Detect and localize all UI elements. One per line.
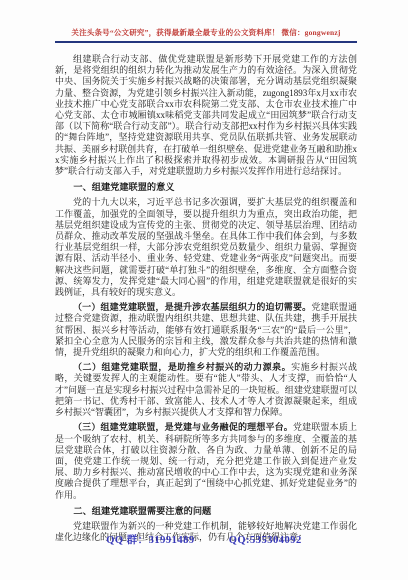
qq-contact-footer: QQ 群：31991489QQ:535304092 [0, 532, 408, 547]
section-heading-2: 二、组建党建联盟需要注意的问题 [55, 506, 357, 517]
intro-paragraph: 组建联合行动支部、做优党建联盟是新形势下开展党建工作的方法创新，是将党组织的组织… [55, 54, 357, 177]
point3-paragraph: （三）组建党建联盟，是党建与业务融促的理想平台。党建联盟本质上是一个吸纳了农村、… [55, 422, 357, 500]
qq-number: QQ:535304092 [229, 535, 302, 546]
promo-header-notice: 关注头条号“公文研究”，获得最新最全最专业的公文资料库！ 微信：gongwenz… [55, 27, 357, 43]
document-body: 组建联合行动支部、做优党建联盟是新形势下开展党建工作的方法创新，是将党组织的组织… [55, 54, 357, 543]
section-heading-1: 一、组建党建联盟的意义 [55, 182, 357, 193]
point1-lead: （一）组建党建联盟，是提升涉农基层组织力的迫切需要。 [73, 302, 311, 312]
point3-text: 党建联盟本质上是一个吸纳了农村、机关、科研院所等多方共同参与的多维度、全覆盖的基… [55, 422, 357, 499]
point2-paragraph: （二）组建党建联盟，是助推乡村振兴的动力源泉。实施乡村振兴战略，关键要发挥人的主… [55, 362, 357, 418]
section1-intro-paragraph: 党的十九大以来，习近平总书记多次强调，要扩大基层党的组织覆盖和工作覆盖，加强党的… [55, 197, 357, 298]
document-page: 关注头条号“公文研究”，获得最新最全最专业的公文资料库！ 微信：gongwenz… [0, 0, 408, 580]
point3-lead: （三）组建党建联盟，是党建与业务融促的理想平台。 [73, 422, 293, 432]
point1-paragraph: （一）组建党建联盟，是提升涉农基层组织力的迫切需要。党建联盟通过整合党建资源，推… [55, 302, 357, 358]
qq-group-number: QQ 群：31991489 [106, 535, 194, 546]
point2-lead: （二）组建党建联盟，是助推乡村振兴的动力源泉。 [73, 362, 291, 372]
